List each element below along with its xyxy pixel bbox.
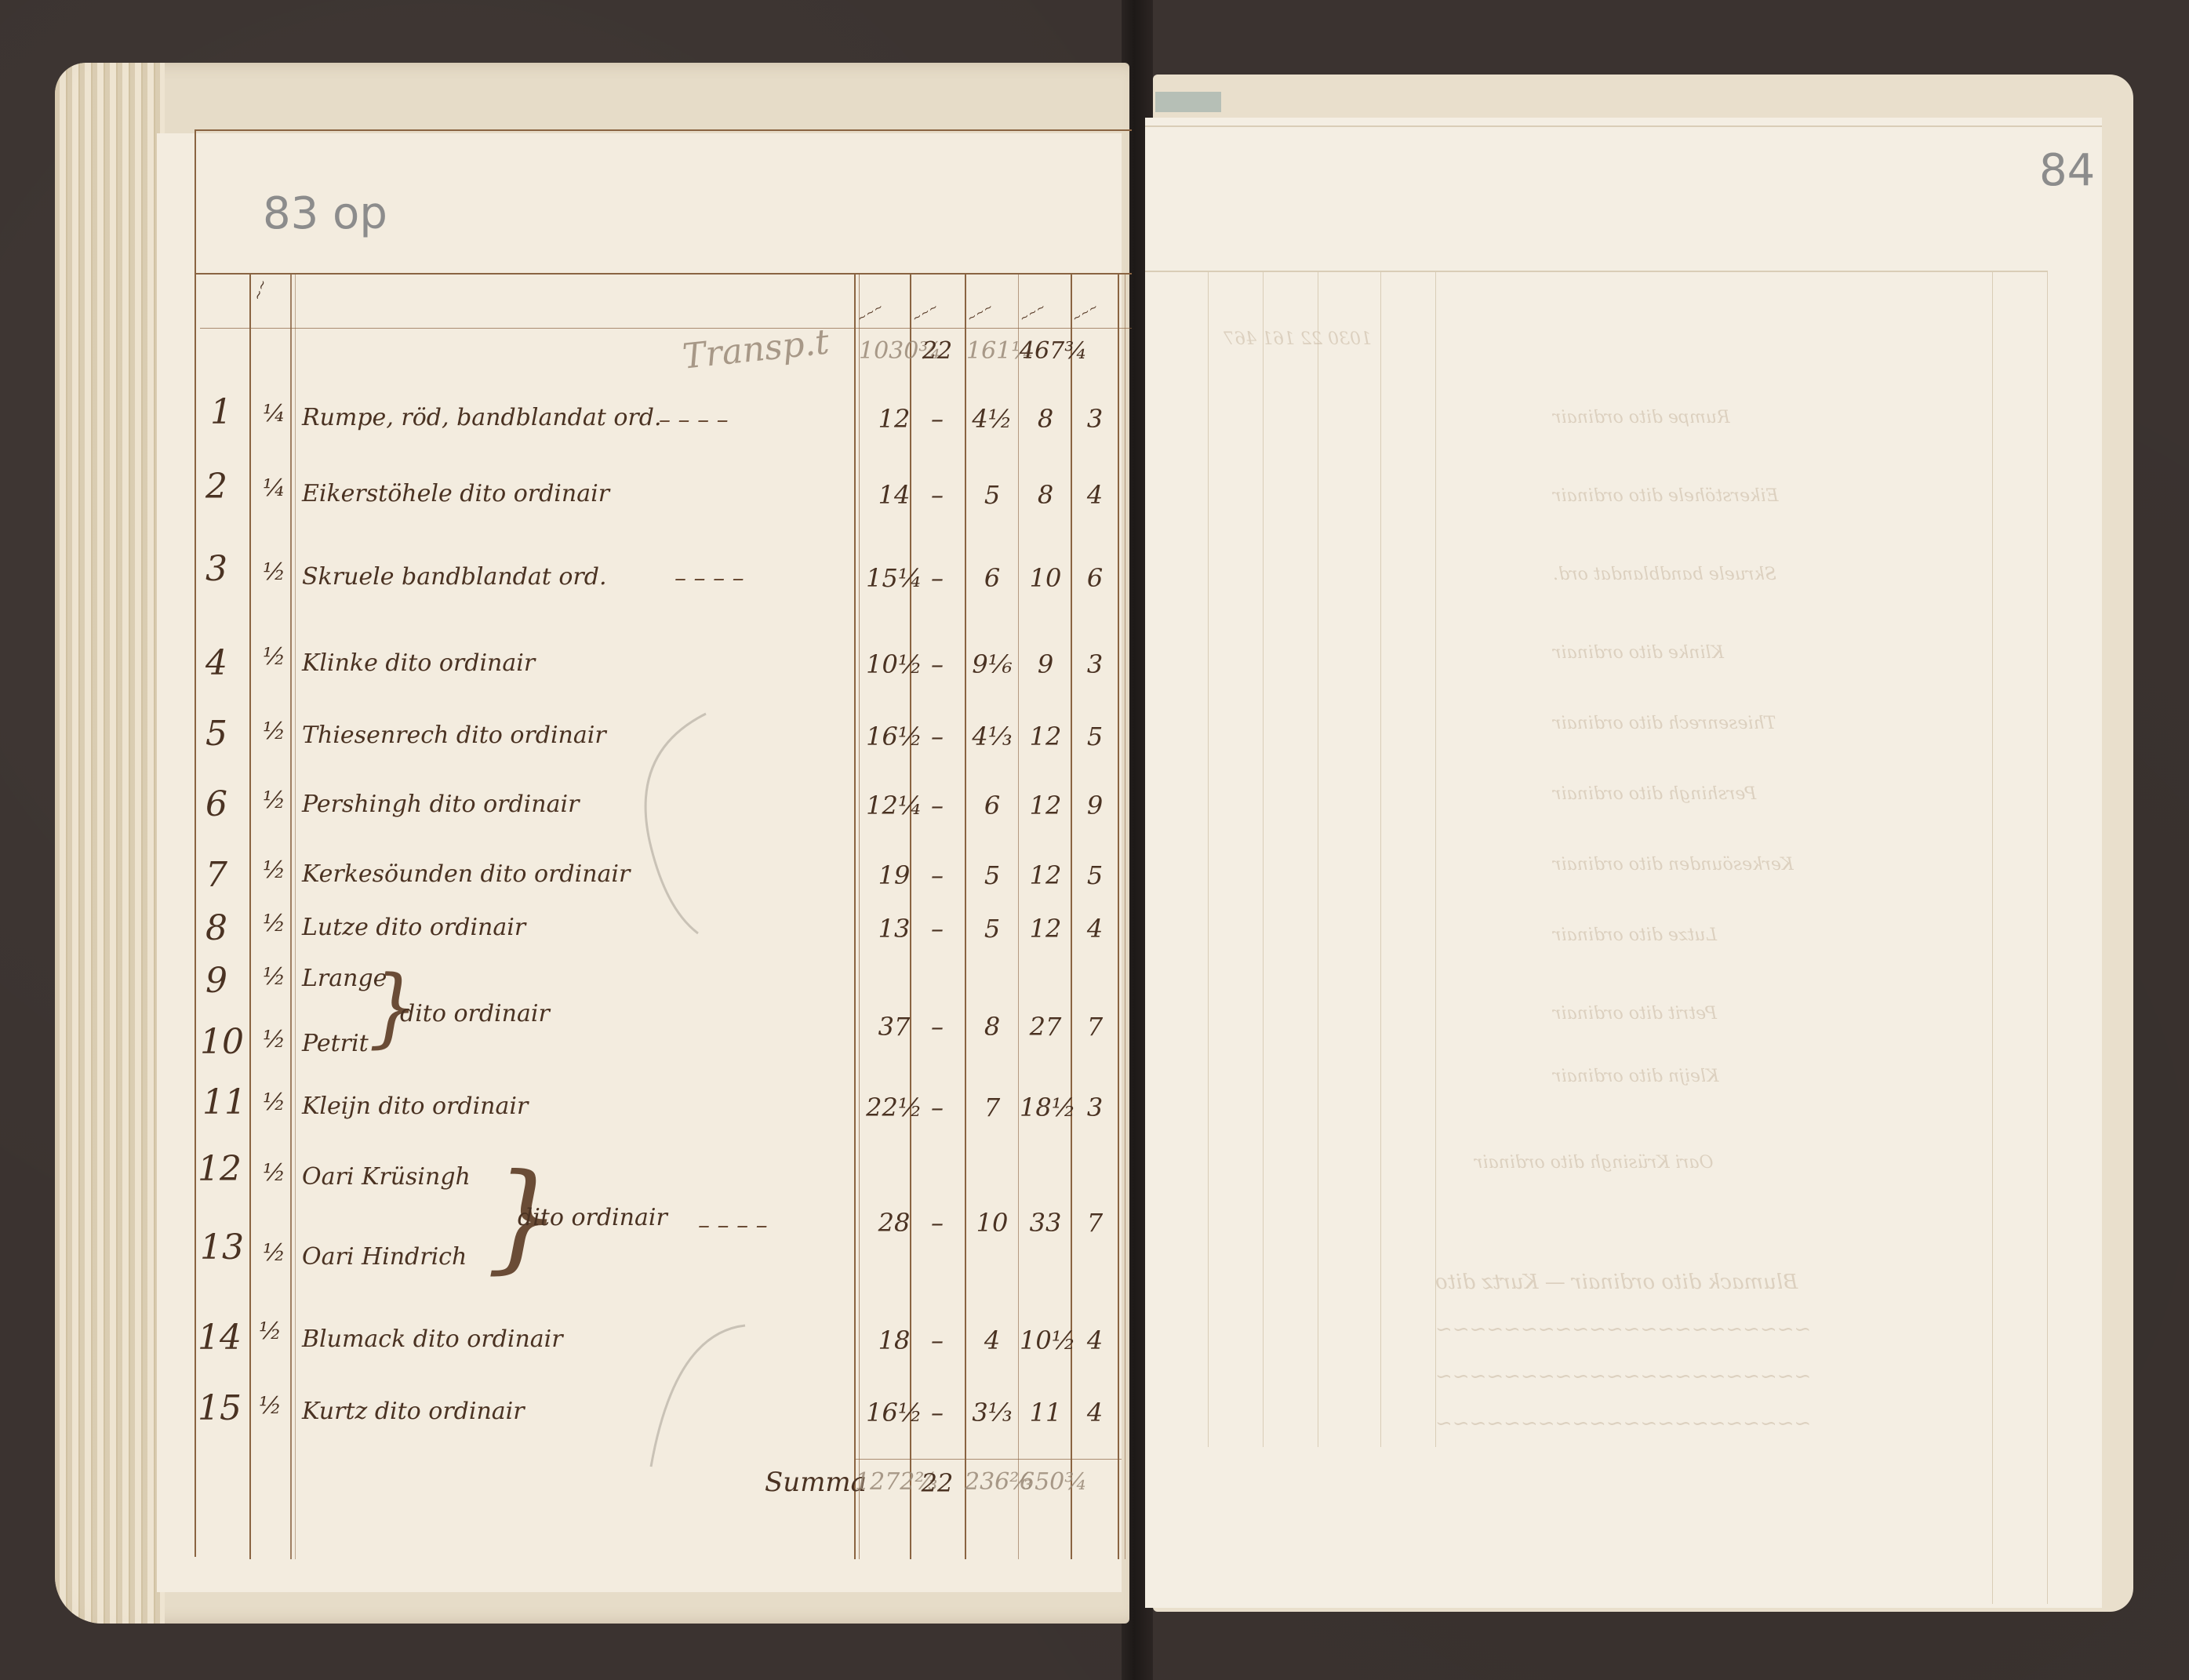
row-value-3: 8	[966, 1012, 1018, 1042]
row-name: Kerkesöunden dito ordinair	[302, 860, 630, 888]
row-share: ¼	[263, 475, 285, 502]
bleed-through-text: 1030 22 161 467	[1224, 329, 1372, 349]
bleed-through-text: Kerkesöunden dito ordinair	[1553, 855, 1794, 875]
bleed-through-text: Petrit dito ordinair	[1553, 1004, 1717, 1024]
row-name: Eikerstöhele dito ordinair	[302, 480, 609, 507]
row-value-4: 12	[1020, 860, 1071, 890]
archive-label-tab	[1155, 92, 1221, 112]
right-page-number: 84	[2039, 145, 2095, 196]
row-value-3: 6	[966, 791, 1018, 820]
row-share: ½	[263, 643, 285, 671]
row-value-2: –	[910, 649, 965, 679]
row-number: 3	[205, 549, 227, 589]
bleed-through-text: Skruele bandblandat ord.	[1553, 565, 1776, 584]
summa-rule	[855, 1459, 1122, 1460]
row-number: 15	[198, 1388, 242, 1428]
row-name: Petrit	[302, 1030, 369, 1057]
row-name: Rumpe, röd, bandblandat ord.	[302, 404, 662, 431]
transport-value-2: 22	[914, 337, 961, 365]
bleed-through-text: Kleijn dito ordinair	[1553, 1067, 1718, 1086]
row-value-2: –	[910, 1325, 965, 1355]
row-value-5: 4	[1072, 1398, 1118, 1427]
row-value-5: 3	[1072, 1093, 1118, 1122]
row-share: ½	[263, 1026, 285, 1053]
row-value-2: –	[910, 722, 965, 751]
row-value-3: 5	[966, 914, 1018, 944]
row-name: Skruele bandblandat ord.	[302, 563, 606, 591]
row-share: ½	[259, 1392, 282, 1420]
bleed-through-text: Pershingh dito ordinair	[1553, 784, 1756, 804]
row-value-5: 4	[1072, 1325, 1118, 1355]
col-rule-1a	[854, 273, 856, 1559]
col-rule-6	[1118, 273, 1119, 1559]
left-page-number: 83 op	[263, 188, 387, 239]
summa-value-1: 1272⅔	[855, 1468, 911, 1496]
row-value-5: 5	[1072, 860, 1118, 890]
row-share: ½	[263, 558, 285, 586]
row-value-4: 33	[1020, 1208, 1071, 1238]
row-number: 4	[205, 643, 227, 683]
right-col-rule	[1208, 271, 1209, 1447]
row-number: 8	[205, 908, 227, 948]
summa-value-2: 22	[911, 1468, 963, 1498]
bleed-through-text: Rumpe dito ordinair	[1553, 408, 1730, 427]
row-value-5: 3	[1072, 649, 1118, 679]
row-name: Thiesenrech dito ordinair	[302, 722, 606, 749]
row-share: ½	[263, 1089, 285, 1116]
row-name: Oari Krüsingh	[302, 1163, 471, 1191]
row-number: 1	[210, 392, 232, 432]
bleed-through-text: Oari Krüsingh dito ordinair	[1474, 1153, 1713, 1173]
row-value-5: 3	[1072, 404, 1118, 434]
bleed-through-text: ~~~~~~~~~~~~~~~~~~~~~~	[1435, 1318, 1811, 1341]
row-value-3: 4½	[966, 404, 1018, 434]
row-share: ¼	[263, 400, 285, 427]
bleed-through-text: Blumack dito ordinair — Kurtz dito	[1435, 1271, 1798, 1294]
row-bracket-note: dito ordinair	[400, 1000, 550, 1027]
row-number: 6	[205, 784, 227, 824]
row-value-3: 10	[966, 1208, 1018, 1238]
row-number: 9	[205, 961, 227, 1001]
row-share: ½	[263, 856, 285, 884]
row-value-3: 7	[966, 1093, 1018, 1122]
right-col-rule	[1318, 271, 1318, 1447]
row-value-3: 5	[966, 860, 1018, 890]
row-value-2: –	[910, 404, 965, 434]
right-header-rule	[1145, 271, 2047, 272]
col-rule-4	[1018, 273, 1019, 1559]
row-value-5: 4	[1072, 914, 1118, 944]
row-name: Kleijn dito ordinair	[302, 1093, 528, 1120]
row-value-2: –	[910, 1208, 965, 1238]
left-page-edges	[55, 63, 165, 1624]
col-rule-share	[290, 273, 292, 1559]
summa-label: Summa	[765, 1467, 867, 1498]
right-col-rule	[1263, 271, 1264, 1447]
row-value-3: 5	[966, 480, 1018, 510]
row-value-2: –	[910, 860, 965, 890]
row-name: Kurtz dito ordinair	[302, 1398, 525, 1425]
row-number: 11	[202, 1082, 246, 1122]
row-value-3: 4	[966, 1325, 1018, 1355]
pencil-arc-mark	[620, 706, 714, 941]
bleed-through-text: Thiesenrech dito ordinair	[1553, 714, 1776, 733]
row-value-5: 7	[1072, 1012, 1118, 1042]
row-value-2: –	[910, 1093, 965, 1122]
col-rule-share-2	[295, 273, 296, 1559]
row-value-5: 9	[1072, 791, 1118, 820]
row-share: ½	[263, 963, 285, 991]
dash-leader: – – – –	[698, 1212, 768, 1239]
row-value-2: –	[910, 914, 965, 944]
row-value-4: 10	[1020, 563, 1071, 593]
row-number: 12	[198, 1149, 242, 1189]
row-value-4: 8	[1020, 404, 1071, 434]
bleed-through-text: Klinke dito ordinair	[1553, 643, 1724, 663]
row-value-3: 6	[966, 563, 1018, 593]
bleed-through-text: Eikerstöhele dito ordinair	[1553, 486, 1779, 506]
row-value-5: 6	[1072, 563, 1118, 593]
header-rule	[195, 273, 1132, 275]
row-share: ½	[259, 1318, 282, 1345]
row-value-4: 10½	[1020, 1325, 1071, 1355]
col-rule-7	[1125, 273, 1125, 1559]
row-share: ½	[263, 787, 285, 814]
row-number: 14	[198, 1318, 242, 1358]
row-value-5: 5	[1072, 722, 1118, 751]
subheader-rule	[200, 328, 1132, 329]
row-bracket-note: dito ordinair	[518, 1204, 667, 1231]
row-name: Oari Hindrich	[302, 1243, 467, 1271]
row-value-5: 4	[1072, 480, 1118, 510]
row-value-4: 9	[1020, 649, 1071, 679]
right-col-rule	[1992, 271, 1993, 1604]
row-name: Pershingh dito ordinair	[302, 791, 579, 818]
dash-leader: – – – –	[675, 565, 744, 592]
row-value-4: 12	[1020, 791, 1071, 820]
transport-value-3: 161¼	[966, 337, 1013, 365]
row-value-4: 18½	[1020, 1093, 1071, 1122]
summa-value-4: 650¾	[1020, 1468, 1075, 1496]
dash-leader: – – – –	[659, 406, 729, 434]
row-number: 5	[205, 714, 227, 754]
row-value-4: 12	[1020, 914, 1071, 944]
row-number: 7	[205, 855, 227, 895]
row-value-2: –	[910, 563, 965, 593]
row-number: 13	[200, 1227, 244, 1267]
row-name: Klinke dito ordinair	[302, 649, 535, 677]
summa-value-3: 236⅔	[965, 1468, 1020, 1496]
row-value-3: 9⅙	[966, 649, 1018, 679]
row-value-2: –	[910, 791, 965, 820]
pencil-arc-mark	[643, 1318, 753, 1475]
col-rule-no	[249, 273, 251, 1559]
row-value-4: 27	[1020, 1012, 1071, 1042]
bleed-through-text: Lutze dito ordinair	[1553, 925, 1717, 945]
row-name: Lutze dito ordinair	[302, 914, 525, 941]
bleed-through-text: ~~~~~~~~~~~~~~~~~~~~~~	[1435, 1412, 1811, 1435]
row-value-2: –	[910, 480, 965, 510]
row-value-4: 8	[1020, 480, 1071, 510]
right-frame-top-rule	[1145, 125, 2102, 127]
row-share: ½	[263, 1159, 285, 1187]
row-value-3: 3⅓	[966, 1398, 1018, 1427]
row-share: ½	[263, 718, 285, 745]
row-value-3: 4⅓	[966, 722, 1018, 751]
row-name: Blumack dito ordinair	[302, 1325, 563, 1353]
row-share: ½	[263, 1239, 285, 1267]
transport-value-4: 467¾	[1020, 337, 1075, 365]
right-col-rule	[1380, 271, 1381, 1447]
row-share: ½	[263, 910, 285, 937]
row-number: 2	[205, 467, 227, 507]
row-value-4: 12	[1020, 722, 1071, 751]
right-col-rule	[2047, 271, 2048, 1604]
bleed-through-text: ~~~~~~~~~~~~~~~~~~~~~~	[1435, 1365, 1811, 1388]
row-number: 10	[200, 1022, 244, 1062]
row-value-2: –	[910, 1012, 965, 1042]
frame-top-rule	[195, 129, 1132, 131]
row-value-5: 7	[1072, 1208, 1118, 1238]
frame-left-rule	[195, 129, 196, 1557]
row-value-4: 11	[1020, 1398, 1071, 1427]
row-value-2: –	[910, 1398, 965, 1427]
